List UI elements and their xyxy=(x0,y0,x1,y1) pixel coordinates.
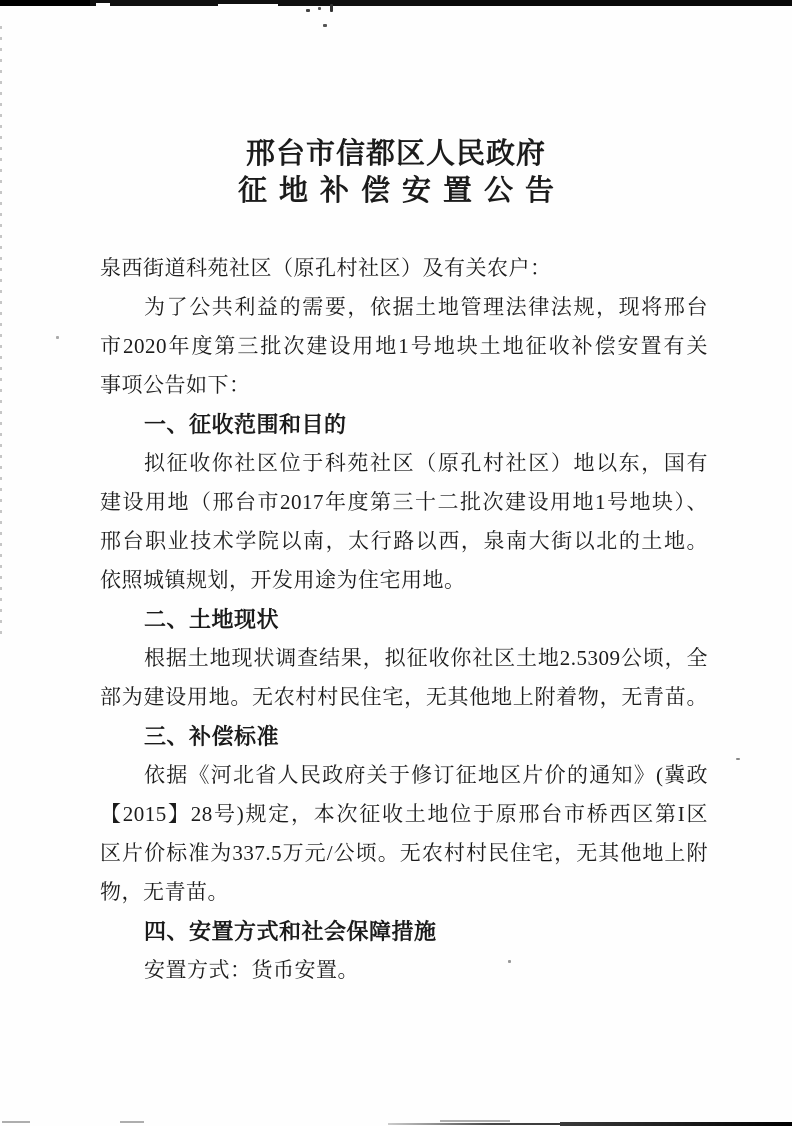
scan-artifact-bottom-mark xyxy=(120,1121,144,1123)
scan-artifact-top-edge xyxy=(0,0,792,6)
scan-artifact-left-speckles xyxy=(0,26,2,636)
doc-line-9: 依照城镇规划，开发用途为住宅用地。 xyxy=(100,561,708,600)
doc-line-8: 邢台职业技术学院以南，太行路以西，泉南大街以北的土地。 xyxy=(100,522,708,561)
doc-line-19: 安置方式：货币安置。 xyxy=(100,951,708,990)
doc-line-17: 物，无青苗。 xyxy=(100,873,708,912)
scan-artifact-bottom-mark xyxy=(2,1121,30,1123)
doc-line-16: 区片价标准为337.5万元/公顷。无农村村民住宅，无其他地上附着 xyxy=(100,834,708,873)
doc-line-5: 一、征收范围和目的 xyxy=(100,405,708,444)
scan-speck xyxy=(56,336,59,339)
scan-speck xyxy=(323,24,327,27)
doc-line-1: 泉西街道科苑社区（原孔村社区）及有关农户： xyxy=(100,249,708,288)
document-title-line2: 征地补偿安置公告 xyxy=(0,168,792,209)
doc-line-6: 拟征收你社区位于科苑社区（原孔村社区）地以东，国有 xyxy=(100,444,708,483)
doc-line-4: 事项公告如下： xyxy=(100,366,708,405)
doc-line-10: 二、土地现状 xyxy=(100,600,708,639)
doc-line-3: 市2020年度第三批次建设用地1号地块土地征收补偿安置有关 xyxy=(100,327,708,366)
scan-speck xyxy=(736,758,740,760)
doc-line-2: 为了公共利益的需要，依据土地管理法律法规，现将邢台 xyxy=(100,288,708,327)
doc-line-7: 建设用地（邢台市2017年度第三十二批次建设用地1号地块）、 xyxy=(100,483,708,522)
scan-speck xyxy=(330,4,333,12)
document-title-line1: 邢台市信都区人民政府 xyxy=(0,131,792,172)
document-body: 泉西街道科苑社区（原孔村社区）及有关农户：为了公共利益的需要，依据土地管理法律法… xyxy=(100,249,708,990)
scan-artifact-top-notch xyxy=(218,4,278,6)
scan-speck xyxy=(318,7,321,10)
doc-line-13: 三、补偿标准 xyxy=(100,717,708,756)
scan-artifact-bottom-block xyxy=(560,1122,792,1126)
doc-line-15: 【2015】28号)规定，本次征收土地位于原邢台市桥西区第I区片， xyxy=(100,795,708,834)
scan-artifact-top-notch xyxy=(96,3,110,6)
doc-line-14: 依据《河北省人民政府关于修订征地区片价的通知》(冀政发 xyxy=(100,756,708,795)
doc-line-18: 四、安置方式和社会保障措施 xyxy=(100,912,708,951)
scanned-document-page: 邢台市信都区人民政府 征地补偿安置公告 泉西街道科苑社区（原孔村社区）及有关农户… xyxy=(0,0,792,1126)
scan-speck xyxy=(306,9,310,12)
doc-line-11: 根据土地现状调查结果，拟征收你社区土地2.5309公顷，全 xyxy=(100,639,708,678)
scan-artifact-bottom-mark xyxy=(440,1120,510,1122)
doc-line-12: 部为建设用地。无农村村民住宅，无其他地上附着物，无青苗。 xyxy=(100,678,708,717)
